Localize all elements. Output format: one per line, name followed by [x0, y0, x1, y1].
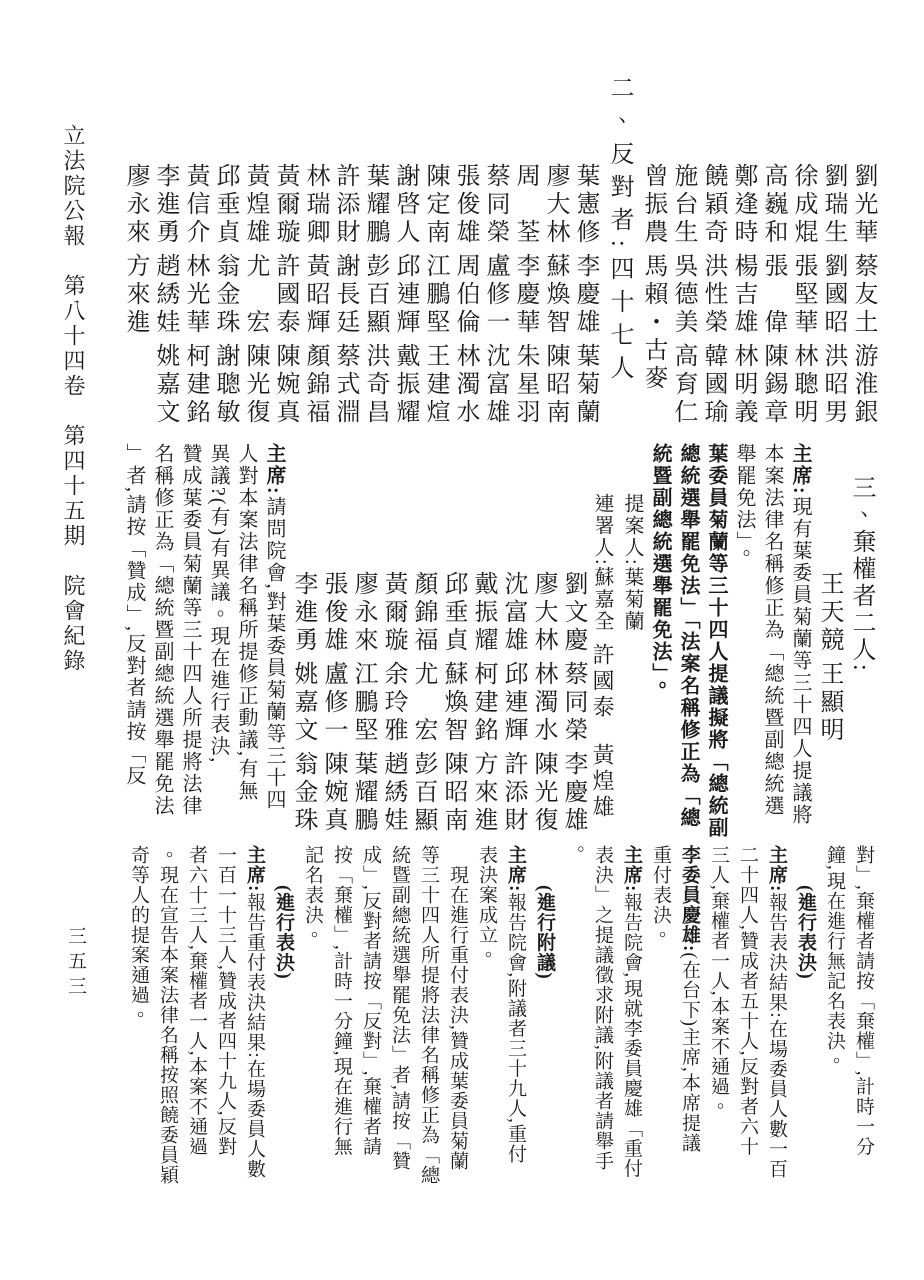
text-column: 成」,反對者請按「反對」,棄權者請: [356, 845, 385, 1199]
text-column: 者六十三人,棄權者一人,本案不通過: [182, 845, 211, 1199]
legislator-name: 蔡友土: [848, 253, 878, 337]
text-column: 舉罷免法」。: [730, 443, 758, 843]
name-column: 鄭逢時楊吉雄林明義: [728, 75, 758, 443]
legislator-name: 葉憲修: [570, 163, 600, 247]
legislator-name: 張俊雄: [318, 571, 348, 655]
legislator-name: 劉光華: [848, 163, 878, 247]
legislator-name: 尤 宏: [408, 661, 438, 745]
motion-text-column: 統暨副總統選舉罷免法」。: [646, 443, 674, 843]
legislator-name: 蘇煥智: [540, 253, 570, 337]
cosigner-label: 連署人:蘇嘉全: [591, 493, 613, 633]
legislator-name: 謝啓人: [390, 163, 420, 247]
name-column: 謝啓人邱連輝戴振耀: [390, 75, 420, 443]
text-column: 異議?(有)有異議。現在進行表決,: [204, 443, 232, 843]
legislator-name: 黃昭輝: [300, 253, 330, 337]
legislator-name: 張堅華: [788, 253, 818, 337]
legislator-name: 林濁水: [450, 343, 480, 427]
name-column: 葉耀鵬彭百顯洪奇昌: [360, 75, 390, 443]
legislator-name: 邱垂貞: [210, 163, 240, 247]
legislator-name: 柯建銘: [180, 343, 210, 427]
legislator-name: 趙綉娃: [150, 253, 180, 337]
legislator-name: 鄭逢時: [728, 163, 758, 247]
legislator-name: 劉文慶: [558, 571, 588, 655]
legislator-name: 黃煌雄: [240, 163, 270, 247]
legislator-name: 江鵬堅: [420, 253, 450, 337]
legislator-name: 徐成焜: [788, 163, 818, 247]
name-column: 許添財謝長廷蔡式淵: [330, 75, 360, 443]
text-column: 等三十四人所提將法律名稱修正為「總: [414, 845, 443, 1199]
legislator-name: 蘇煥智: [438, 661, 468, 745]
text-column: 主席:報告表決結果:在場委員人數一百: [762, 845, 791, 1199]
legislator-name: 蔡同榮: [558, 661, 588, 745]
text-column: 一百一十三人,贊成者四十九人,反對: [211, 845, 240, 1199]
text-column: 重付表決。: [646, 845, 675, 1199]
legislator-name: 黃煌雄: [588, 743, 617, 827]
text-column: 統暨副總統選舉罷免法」者,請按「贊: [385, 845, 414, 1199]
name-column: 李進勇趙綉娃姚嘉文: [150, 75, 180, 443]
legislator-name: 高巍和: [758, 163, 788, 247]
legislator-name: 林瑞卿: [300, 163, 330, 247]
name-column: 廖大林蘇煥智陳昭南: [540, 75, 570, 443]
name-column: 黃爾璇許國泰陳婉真: [270, 75, 300, 443]
legislator-name: 戴振耀: [390, 343, 420, 427]
legislator-name: 陳定南: [420, 163, 450, 247]
legislator-name: 顏錦福: [408, 571, 438, 655]
legislator-name: 林明義: [728, 343, 758, 427]
name-column: 陳定南江鵬堅王建煊: [420, 75, 450, 443]
text-column: 表決」之提議徵求附議,附議者請舉手: [588, 845, 617, 1199]
name-column: 張俊雄周伯倫林濁水: [450, 75, 480, 443]
legislator-name: 劉國昭: [818, 253, 848, 337]
name-column: 邱垂貞翁金珠謝聰敏: [210, 75, 240, 443]
legislator-name: 吳德美: [668, 253, 698, 337]
legislator-name: 戴振耀: [468, 571, 498, 655]
scanned-gazette-page: 立法院公報 第八十四卷 第四十五期 院會紀錄 三五三 劉光華蔡友土游淮銀劉瑞生劉…: [0, 0, 924, 1280]
legislator-name: 朱星羽: [510, 343, 540, 427]
subsection-header-revote: (進行表決): [269, 845, 298, 1199]
text-column: 二十四人,贊成者五十人,反對者六十: [733, 845, 762, 1199]
text-column: 主席:報告院會,附議者三十九人,重付: [501, 845, 530, 1199]
text-column: 」者,請按「贊成」,反對者請按「反: [120, 443, 148, 843]
section-header-abstainers: 三、棄權者二人:: [844, 443, 878, 843]
legislator-name: 沈富雄: [498, 571, 528, 655]
legislator-name: 翁金珠: [288, 751, 318, 835]
band-vote-results: 對」,棄權者請按「棄權」,計時一分鐘,現在進行無記名表決。(進行表決)主席:報告…: [112, 845, 878, 1199]
band-opponents-list: 劉光華蔡友土游淮銀劉瑞生劉國昭洪昭男徐成焜張堅華林聰明高巍和張 偉陳錫章鄭逢時楊…: [112, 75, 878, 443]
legislator-name: 許國泰: [270, 253, 300, 337]
legislator-name: 王天競: [814, 571, 844, 655]
text-column: 主席:現有葉委員菊蘭等三十四人提議將: [786, 443, 814, 843]
name-column: 王天競王顯明: [814, 443, 844, 843]
name-column: 高巍和張 偉陳錫章: [758, 75, 788, 443]
legislator-name: 王建煊: [420, 343, 450, 427]
legislator-name: 柯建銘: [468, 661, 498, 745]
text-column: 。: [559, 845, 588, 1199]
text-column: 主席:報告重付表決結果:在場委員人數: [240, 845, 269, 1199]
name-column: 徐成焜張堅華林聰明: [788, 75, 818, 443]
legislator-name: 李進勇: [150, 163, 180, 247]
motion-text-column: 葉委員菊蘭等三十四人提議擬將「總統副: [702, 443, 730, 843]
name-column: 顏錦福尤 宏彭百顯: [408, 443, 438, 843]
name-column: 廖永來方來進: [120, 75, 150, 443]
legislator-name: 楊吉雄: [728, 253, 758, 337]
legislator-name: 韓國瑜: [698, 343, 728, 427]
legislator-name: 洪性榮: [698, 253, 728, 337]
legislator-name: 趙綉娃: [378, 751, 408, 835]
section-header-opponents: 二、反對者:四十七人: [600, 75, 638, 443]
legislator-name: 林光華: [180, 253, 210, 337]
name-column: 劉光華蔡友土游淮銀: [848, 75, 878, 443]
legislator-name: 陳婉真: [270, 343, 300, 427]
legislator-name: 張 偉: [758, 253, 788, 337]
text-column: 人對本案法律名稱所提修正動議,有無: [232, 443, 260, 843]
legislator-name: 謝聰敏: [210, 343, 240, 427]
name-column: 周 荃李慶華朱星羽: [510, 75, 540, 443]
legislator-name: 盧修一: [318, 661, 348, 745]
legislator-name: 黃爾璇: [378, 571, 408, 655]
legislator-name: 曾振農: [638, 163, 668, 247]
legislator-name: 陳婉真: [318, 751, 348, 835]
legislator-name: 姚嘉文: [288, 661, 318, 745]
text-column: 主席:請問院會,對葉委員菊蘭等三十四: [260, 443, 288, 843]
name-column: 張俊雄盧修一陳婉真: [318, 443, 348, 843]
legislator-name: 陳昭南: [540, 343, 570, 427]
name-column: 劉文慶蔡同榮李慶雄: [558, 443, 588, 843]
text-column: 記名表決。: [298, 845, 327, 1199]
name-column: 沈富雄邱連輝許添財: [498, 443, 528, 843]
text-column: 李委員慶雄:(在台下)主席,本席提議: [675, 845, 704, 1199]
legislator-name: 洪昭男: [818, 343, 848, 427]
legislator-name: 饒穎奇: [698, 163, 728, 247]
legislator-name: 馬賴・古麥: [638, 253, 668, 393]
legislator-name: 劉瑞生: [818, 163, 848, 247]
legislator-name: 陳錫章: [758, 343, 788, 427]
name-column: 廖大林林濁水陳光復: [528, 443, 558, 843]
name-column: 戴振耀柯建銘方來進: [468, 443, 498, 843]
subsection-header-second: (進行附議): [530, 845, 559, 1199]
text-column: 贊成葉委員菊蘭等三十四人所提將法律: [176, 443, 204, 843]
legislator-name: 施台生: [668, 163, 698, 247]
legislator-name: 游淮銀: [848, 343, 878, 427]
legislator-name: 廖永來: [120, 163, 150, 247]
legislator-name: 李慶華: [510, 253, 540, 337]
legislator-name: 廖大林: [528, 571, 558, 655]
text-column: 名稱修正為「總統暨副總統選舉罷免法: [148, 443, 176, 843]
name-column: 葉憲修李慶雄葉菊蘭: [570, 75, 600, 443]
text-column: 奇等人的提案通過。: [124, 845, 153, 1199]
name-column: 林瑞卿黃昭輝顏錦福: [300, 75, 330, 443]
legislator-name: 林濁水: [528, 661, 558, 745]
legislator-name: 林聰明: [788, 343, 818, 427]
motion-text-column: 總統選舉罷免法」「法案名稱修正為「總: [674, 443, 702, 843]
legislator-name: 黃爾璇: [270, 163, 300, 247]
text-column: 表決案成立。: [472, 845, 501, 1199]
legislator-name: 許添財: [498, 751, 528, 835]
text-column: 現在進行重付表決,贊成葉委員菊蘭: [443, 845, 472, 1199]
page-number: 三五三: [62, 926, 89, 1001]
subsection-header-vote: (進行表決): [791, 845, 820, 1199]
name-column: 李進勇姚嘉文翁金珠: [288, 443, 318, 843]
cosigner-column: 連署人:蘇嘉全許國泰黃煌雄: [588, 443, 617, 843]
text-column: 本案法律名稱修正為「總統暨副總統選: [758, 443, 786, 843]
legislator-name: 陳昭南: [438, 751, 468, 835]
legislator-name: 蔡式淵: [330, 343, 360, 427]
legislator-name: 蔡同榮: [480, 163, 510, 247]
legislator-name: 許國泰: [588, 643, 617, 727]
name-column: 廖永來江鵬堅葉耀鵬: [348, 443, 378, 843]
legislator-name: 翁金珠: [210, 253, 240, 337]
legislator-name: 盧修一: [480, 253, 510, 337]
text-column: 主席:報告院會,現就李委員慶雄「重付: [617, 845, 646, 1199]
legislator-name: 彭百顯: [408, 751, 438, 835]
legislator-name: 葉耀鵬: [360, 163, 390, 247]
legislator-name: 周伯倫: [450, 253, 480, 337]
text-column: 對」,棄權者請按「棄權」,計時一分: [849, 845, 878, 1199]
name-column: 黃信介林光華柯建銘: [180, 75, 210, 443]
legislator-name: 葉耀鵬: [348, 751, 378, 835]
proposer-label: 提案人:葉菊蘭: [617, 443, 646, 843]
legislator-name: 張俊雄: [450, 163, 480, 247]
margin-caption: 立法院公報 第八十四卷 第四十五期 院會紀錄: [58, 124, 89, 674]
legislator-name: 邱連輝: [390, 253, 420, 337]
legislator-name: 李進勇: [288, 571, 318, 655]
text-column: 鐘,現在進行無記名表決。: [820, 845, 849, 1199]
gazette-page: { "publication": { "margin_caption": "立法…: [0, 0, 924, 1280]
legislator-name: 方來進: [468, 751, 498, 835]
legislator-name: 陳光復: [240, 343, 270, 427]
text-column: 按「棄權」,計時一分鐘,現在進行無: [327, 845, 356, 1199]
legislator-name: 謝長廷: [330, 253, 360, 337]
legislator-name: 尤 宏: [240, 253, 270, 337]
name-column: 黃煌雄尤 宏陳光復: [240, 75, 270, 443]
legislator-name: 陳光復: [528, 751, 558, 835]
legislator-name: 葉菊蘭: [570, 343, 600, 427]
legislator-name: 許添財: [330, 163, 360, 247]
name-column: 邱垂貞蘇煥智陳昭南: [438, 443, 468, 843]
legislator-name: 黃信介: [180, 163, 210, 247]
legislator-name: 王顯明: [814, 661, 844, 745]
legislator-name: 沈富雄: [480, 343, 510, 427]
legislator-name: 顏錦福: [300, 343, 330, 427]
legislator-name: 邱連輝: [498, 661, 528, 745]
page-content: 劉光華蔡友土游淮銀劉瑞生劉國昭洪昭男徐成焜張堅華林聰明高巍和張 偉陳錫章鄭逢時楊…: [112, 75, 878, 1199]
legislator-name: 洪奇昌: [360, 343, 390, 427]
name-column: 曾振農馬賴・古麥: [638, 75, 668, 443]
name-column: 施台生吳德美高育仁: [668, 75, 698, 443]
legislator-name: 周 荃: [510, 163, 540, 247]
band-abstainers-and-motion: 三、棄權者二人:王天競王顯明主席:現有葉委員菊蘭等三十四人提議將本案法律名稱修正…: [112, 443, 878, 843]
legislator-name: 李慶雄: [558, 751, 588, 835]
name-column: 劉瑞生劉國昭洪昭男: [818, 75, 848, 443]
text-column: 。現在宣告本案法律名稱按照饒委員穎: [153, 845, 182, 1199]
legislator-name: 方來進: [120, 253, 150, 337]
legislator-name: 江鵬堅: [348, 661, 378, 745]
legislator-name: 彭百顯: [360, 253, 390, 337]
name-column: 饒穎奇洪性榮韓國瑜: [698, 75, 728, 443]
legislator-name: 高育仁: [668, 343, 698, 427]
legislator-name: 姚嘉文: [150, 343, 180, 427]
legislator-name: 李慶雄: [570, 253, 600, 337]
legislator-name: 邱垂貞: [438, 571, 468, 655]
name-column: 黃爾璇余玲雅趙綉娃: [378, 443, 408, 843]
legislator-name: 廖永來: [348, 571, 378, 655]
legislator-name: 余玲雅: [378, 661, 408, 745]
name-column: 蔡同榮盧修一沈富雄: [480, 75, 510, 443]
legislator-name: 廖大林: [540, 163, 570, 247]
text-column: 三人,棄權者一人,本案不通過。: [704, 845, 733, 1199]
